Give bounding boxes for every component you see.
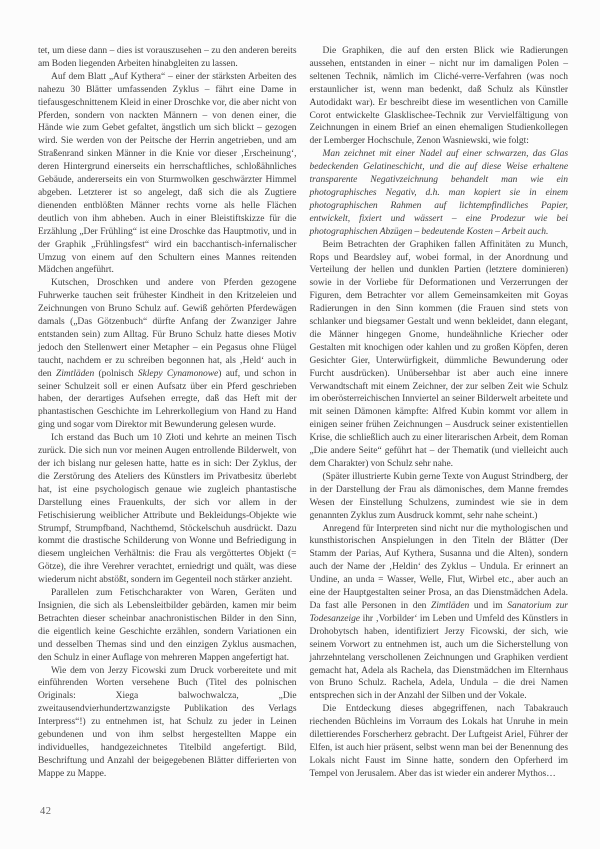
- page-number: 42: [40, 806, 52, 817]
- left-column: tet, um diese dann – dies ist vorauszuse…: [38, 45, 297, 781]
- paragraph: Man zeichnet mit einer Nadel auf einer s…: [310, 148, 569, 238]
- paragraph: Die Graphiken, die auf den ersten Blick …: [310, 45, 569, 148]
- italic-text: Zimtläden: [56, 369, 94, 379]
- paragraph: tet, um diese dann – dies ist vorauszuse…: [38, 45, 297, 71]
- text-columns: tet, um diese dann – dies ist vorauszuse…: [38, 45, 568, 781]
- italic-text: Man zeichnet mit einer Nadel auf einer s…: [310, 149, 569, 236]
- italic-text: Sklepy Cynamonowe: [138, 369, 218, 379]
- italic-text: Zimtläden: [431, 601, 469, 611]
- paragraph: Die Entdeckung dieses abgegriffenen, nac…: [310, 703, 569, 780]
- paragraph: Anregend für Interpreten sind nicht nur …: [310, 523, 569, 704]
- page: tet, um diese dann – dies ist vorauszuse…: [0, 0, 600, 849]
- paragraph: (Später illustrierte Kubin gerne Texte v…: [310, 471, 569, 523]
- paragraph: Beim Betrachten der Graphiken fallen Aff…: [310, 239, 569, 471]
- paragraph: Ich erstand das Buch um 10 Złoti und keh…: [38, 432, 297, 587]
- paragraph: Kutschen, Droschken und andere von Pferd…: [38, 277, 297, 432]
- paragraph: Parallelen zum Fetischcharakter von Ware…: [38, 587, 297, 664]
- paragraph: Wie dem von Jerzy Ficowski zum Druck vor…: [38, 665, 297, 781]
- right-column: Die Graphiken, die auf den ersten Blick …: [310, 45, 569, 781]
- paragraph: Auf dem Blatt „Auf Kythera“ – einer der …: [38, 71, 297, 278]
